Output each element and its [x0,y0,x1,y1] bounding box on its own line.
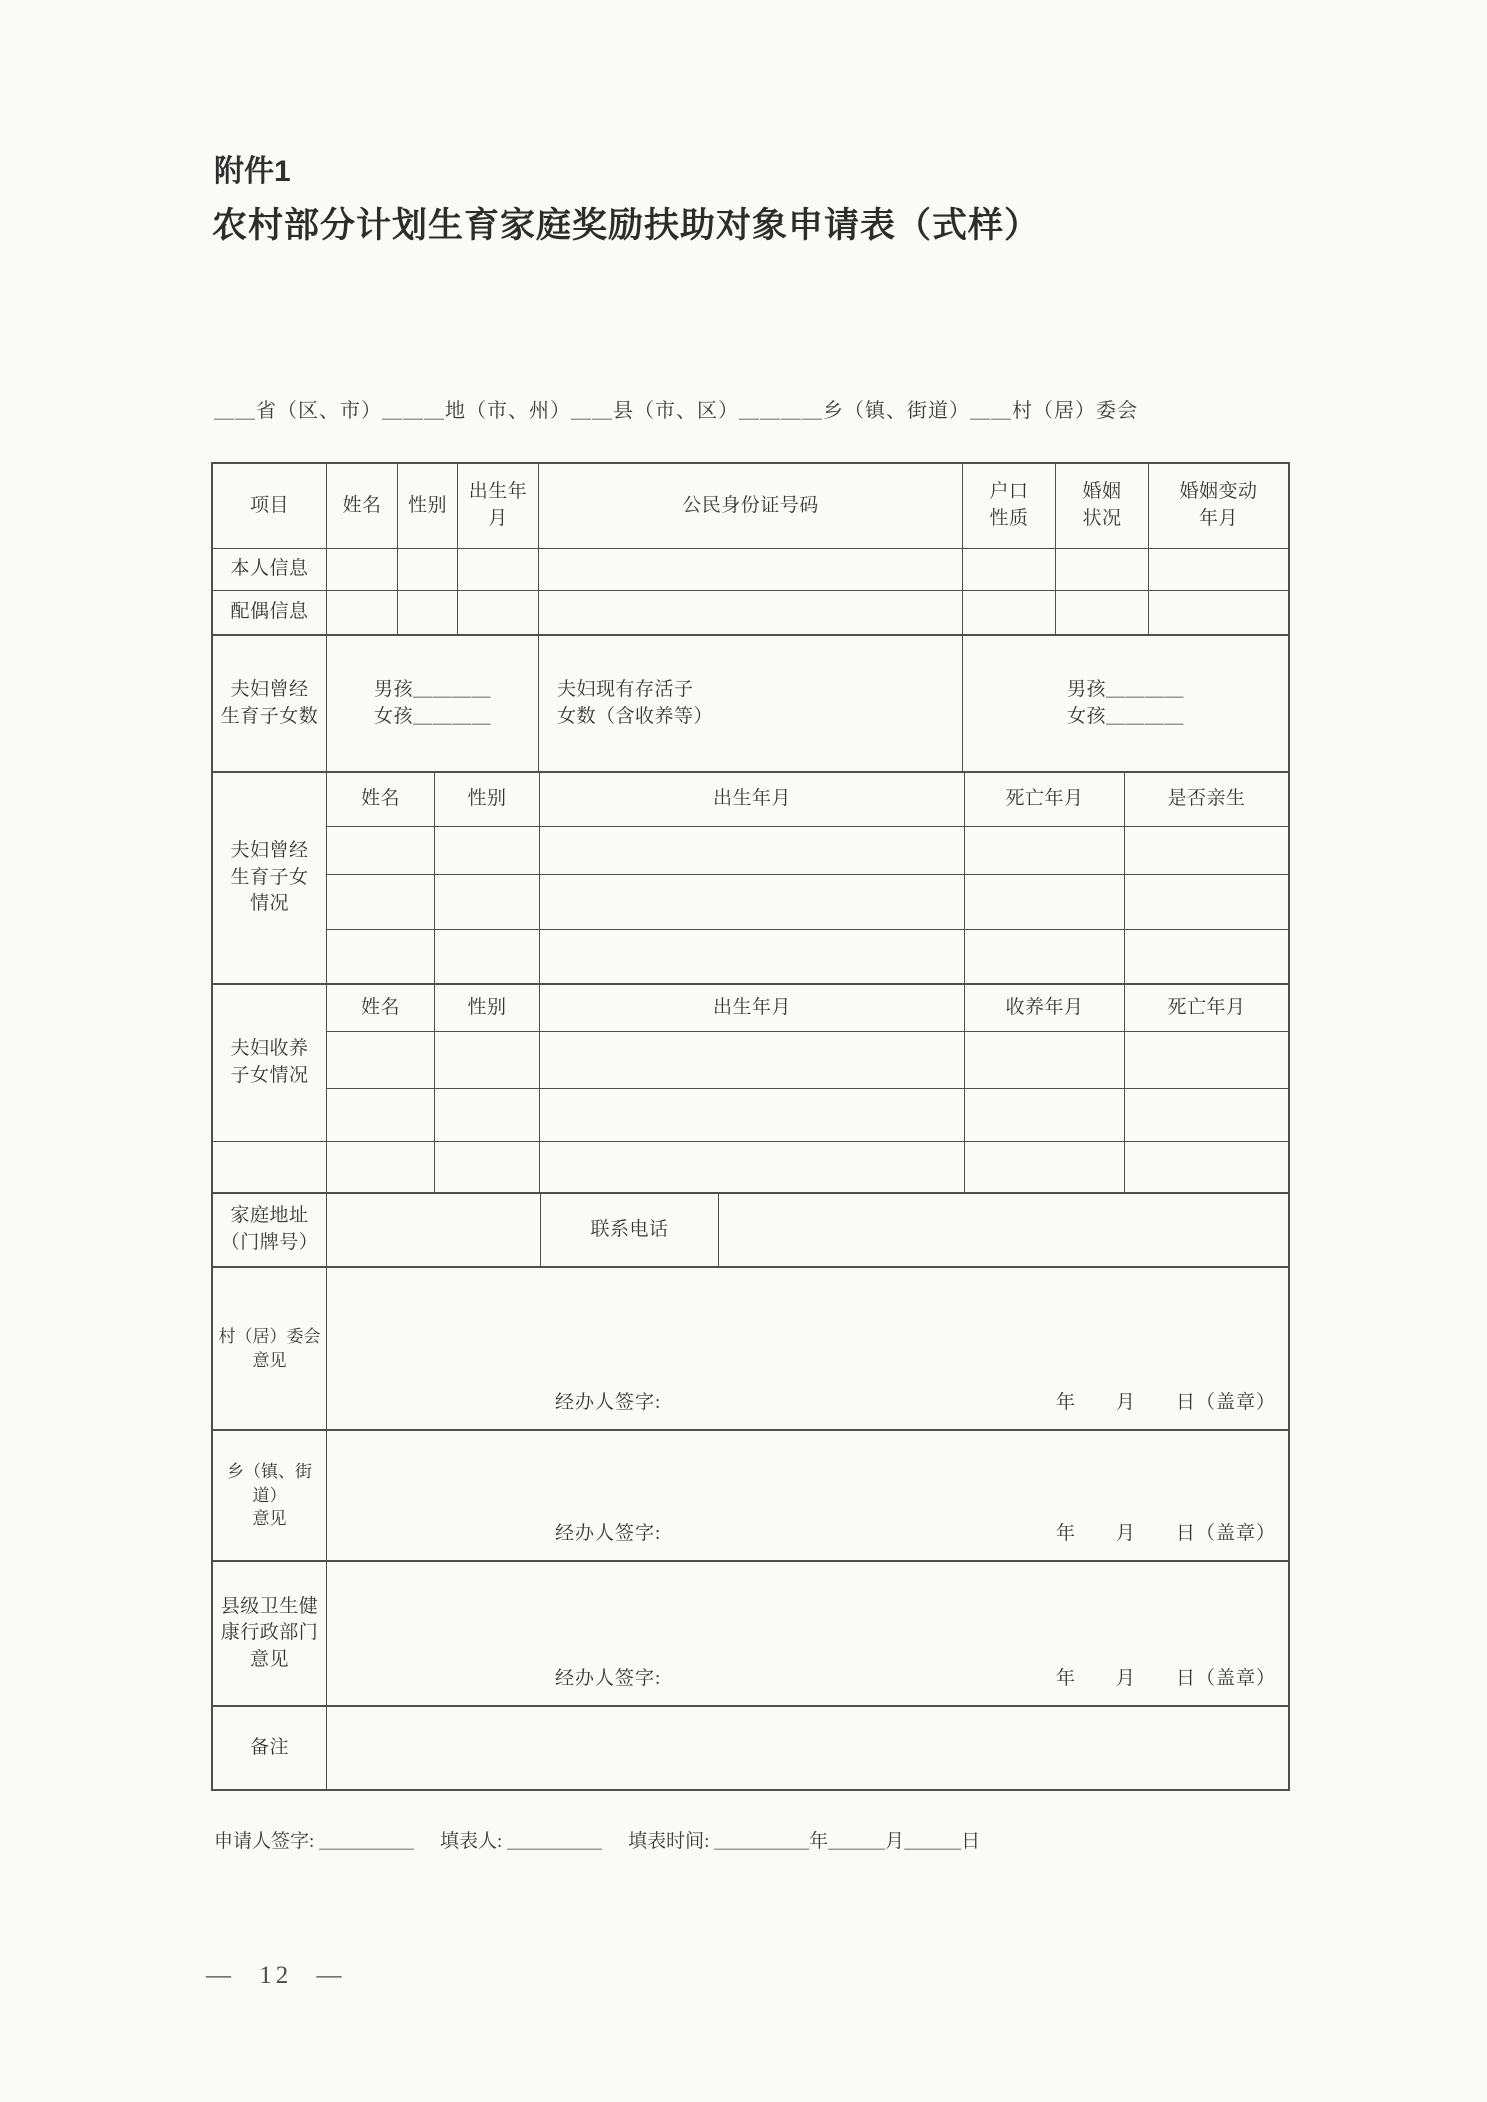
empty-cell [435,875,540,930]
empty-cell [965,875,1125,930]
village-opinion-label: 村（居）委会 意见 [213,1268,327,1429]
born-col-gender: 性别 [435,773,540,827]
sign-row: 经办人签字: 年 月 日（盖章） [327,1521,1288,1560]
empty-cell [719,1194,1288,1266]
col-header-hukou: 户口 性质 [963,464,1056,549]
empty-cell [435,827,540,875]
born-children-label: 夫妇曾经 生育子女 情况 [213,773,327,983]
empty-cell [327,591,398,634]
empty-cell [1149,591,1288,634]
empty-cell [327,930,435,983]
county-opinion-band: 县级卫生健 康行政部门 意见 经办人签字: 年 月 日（盖章） [213,1562,1288,1707]
empty-cell [458,591,539,634]
empty-cell [1125,875,1288,930]
adopted-col-gender: 性别 [435,985,540,1032]
township-opinion-band: 乡（镇、街道） 意见 经办人签字: 年 月 日（盖章） [213,1431,1288,1562]
born-children-band: 夫妇曾经 生育子女 情况 姓名 性别 出生年月 死亡年月 是否亲生 [213,773,1288,985]
page-number: — 12 — [206,1962,346,1990]
born-col-name: 姓名 [327,773,435,827]
empty-cell [1125,1089,1288,1142]
empty-cell [540,930,965,983]
sign-row: 经办人签字: 年 月 日（盖章） [327,1666,1288,1705]
page-title: 农村部分计划生育家庭奖励扶助对象申请表（式样） [212,198,1040,248]
empty-cell [1056,549,1149,591]
born-boys-girls-blanks: 男孩＿＿＿＿ 女孩＿＿＿＿ [327,636,539,771]
township-opinion-cell: 经办人签字: 年 月 日（盖章） [327,1431,1288,1560]
township-opinion-label: 乡（镇、街道） 意见 [213,1431,327,1560]
empty-cell [1125,1032,1288,1089]
applicant-signature-label: 申请人签字: ＿＿＿＿＿ [214,1826,414,1853]
col-header-id-number: 公民身份证号码 [539,464,963,549]
col-header-marital-change: 婚姻变动 年月 [1149,464,1288,549]
sign-row: 经办人签字: 年 月 日（盖章） [327,1390,1288,1429]
empty-cell [327,827,435,875]
empty-cell [327,1194,541,1266]
col-header-gender: 性别 [398,464,458,549]
signature-footer: 申请人签字: ＿＿＿＿＿ 填表人: ＿＿＿＿＿ 填表时间: ＿＿＿＿＿年＿＿＿月… [214,1826,980,1853]
empty-cell [327,1707,1288,1789]
attachment-label: 附件1 [214,146,291,190]
row-label-spouse: 配偶信息 [213,591,327,634]
empty-cell [540,1142,965,1192]
empty-cell [327,549,398,591]
empty-cell [327,875,435,930]
empty-cell [963,591,1056,634]
adopted-col-birthdate: 出生年月 [540,985,965,1032]
empty-cell [963,549,1056,591]
adopted-col-death-date: 死亡年月 [1125,985,1288,1032]
handler-signature-label: 经办人签字: [555,1666,661,1693]
empty-cell [435,930,540,983]
document-page: 附件1 农村部分计划生育家庭奖励扶助对象申请表（式样） ＿＿省（区、市）＿＿＿地… [0,0,1487,2102]
adopted-col-adoption-date: 收养年月 [965,985,1125,1032]
col-header-name: 姓名 [327,464,398,549]
empty-cell [540,1032,965,1089]
empty-cell [539,549,963,591]
basic-info-band: 项目 姓名 性别 出生年 月 公民身份证号码 户口 性质 婚姻 状况 婚姻变动 … [213,464,1288,636]
empty-cell [435,1032,540,1089]
empty-cell [540,875,965,930]
application-form-table: 项目 姓名 性别 出生年 月 公民身份证号码 户口 性质 婚姻 状况 婚姻变动 … [211,462,1290,1791]
col-header-item: 项目 [213,464,327,549]
empty-cell [1149,549,1288,591]
empty-cell [327,1089,435,1142]
adopted-col-name: 姓名 [327,985,435,1032]
empty-cell [1056,591,1149,634]
date-seal-label: 年 月 日（盖章） [1056,1666,1276,1693]
empty-cell [398,591,458,634]
col-header-marital-status: 婚姻 状况 [1056,464,1149,549]
empty-cell [213,1142,327,1192]
born-col-biological: 是否亲生 [1125,773,1288,827]
remarks-label: 备注 [213,1707,327,1789]
fill-time-label: 填表时间: ＿＿＿＿＿年＿＿＿月＿＿＿日 [628,1826,980,1853]
empty-cell [540,827,965,875]
empty-cell [965,1032,1125,1089]
remarks-band: 备注 [213,1707,1288,1789]
handler-signature-label: 经办人签字: [555,1390,661,1417]
date-seal-label: 年 月 日（盖章） [1056,1390,1276,1417]
county-opinion-label: 县级卫生健 康行政部门 意见 [213,1562,327,1705]
empty-cell [1125,930,1288,983]
empty-cell [540,1089,965,1142]
empty-cell [327,1032,435,1089]
empty-cell [435,1089,540,1142]
county-opinion-cell: 经办人签字: 年 月 日（盖章） [327,1562,1288,1705]
empty-cell [398,549,458,591]
col-header-birthdate: 出生年 月 [458,464,539,549]
empty-cell [539,591,963,634]
empty-cell [965,1142,1125,1192]
form-filler-label: 填表人: ＿＿＿＿＿ [440,1826,602,1853]
village-opinion-band: 村（居）委会 意见 经办人签字: 年 月 日（盖章） [213,1268,1288,1431]
row-label-self: 本人信息 [213,549,327,591]
empty-cell [327,1142,435,1192]
adopted-children-band: 夫妇收养 子女情况 姓名 性别 出生年月 收养年月 死亡年月 [213,985,1288,1194]
living-boys-girls-blanks: 男孩＿＿＿＿ 女孩＿＿＿＿ [963,636,1288,771]
born-col-death-date: 死亡年月 [965,773,1125,827]
birth-count-band: 夫妇曾经 生育子女数 男孩＿＿＿＿ 女孩＿＿＿＿ 夫妇现有存活子 女数（含收养等… [213,636,1288,773]
empty-cell [965,930,1125,983]
born-col-birthdate: 出生年月 [540,773,965,827]
empty-cell [458,549,539,591]
living-children-label: 夫妇现有存活子 女数（含收养等） [539,636,963,771]
empty-cell [965,1089,1125,1142]
empty-cell [965,827,1125,875]
village-opinion-cell: 经办人签字: 年 月 日（盖章） [327,1268,1288,1429]
empty-cell [435,1142,540,1192]
date-seal-label: 年 月 日（盖章） [1056,1521,1276,1548]
address-label: 家庭地址 （门牌号） [213,1194,327,1266]
empty-cell [1125,1142,1288,1192]
handler-signature-label: 经办人签字: [555,1521,661,1548]
birth-count-label: 夫妇曾经 生育子女数 [213,636,327,771]
address-band: 家庭地址 （门牌号） 联系电话 [213,1194,1288,1268]
phone-label: 联系电话 [541,1194,719,1266]
adopted-children-label: 夫妇收养 子女情况 [213,985,327,1142]
location-line: ＿＿省（区、市）＿＿＿地（市、州）＿＿县（市、区）＿＿＿＿乡（镇、街道）＿＿村（… [214,394,1294,423]
empty-cell [1125,827,1288,875]
